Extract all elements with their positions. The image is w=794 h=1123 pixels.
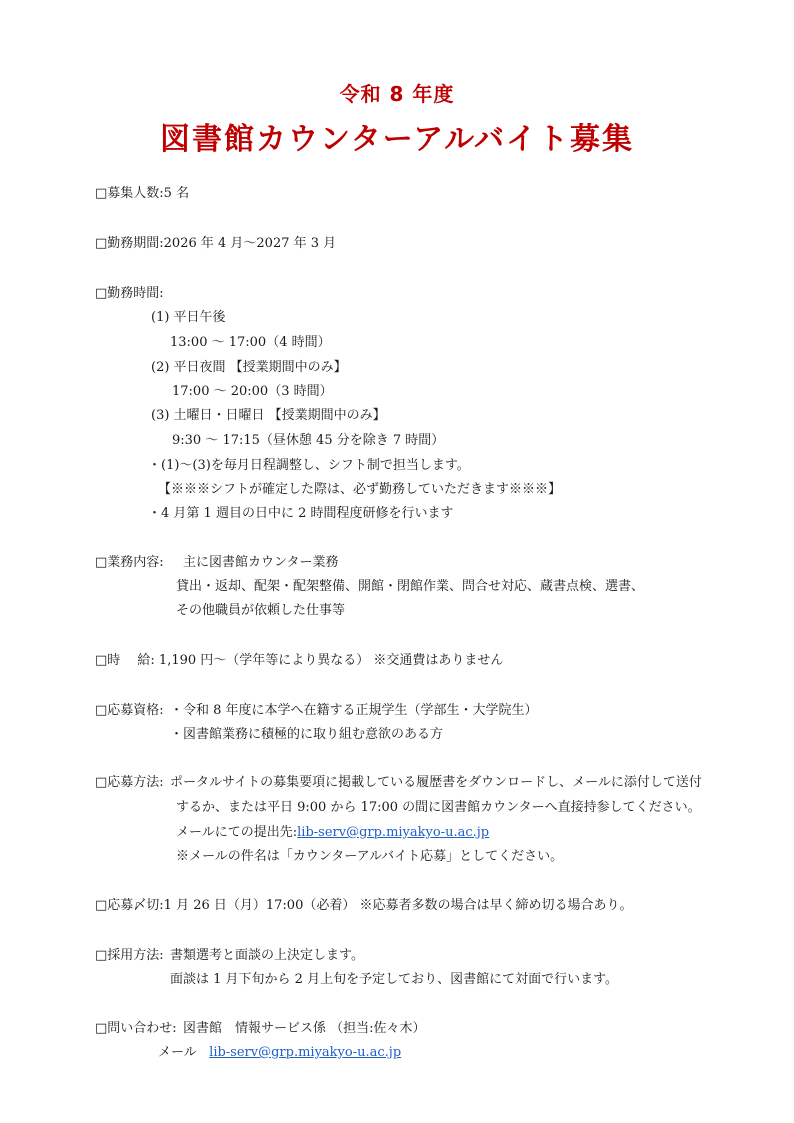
apply-method-line-3: メールにての提出先:lib-serv@grp.miyakyo-u.ac.jp [176,825,489,841]
apply-method-line-1: ポータルサイトの募集要項に掲載している履歴書をダウンロードし、メールに添付して送… [170,775,702,791]
selection-label: □採用方法: [95,948,164,964]
title-year: 令和 8 年度 [0,78,794,107]
duties-line-3: その他職員が依頼した仕事等 [176,603,345,619]
eligibility-label: □応募資格: [95,703,164,719]
submission-label: メールにての提出先: [176,825,297,840]
duties-line-1: 主に図書館カウンター業務 [183,555,338,571]
hours-note-mandatory: 【※※※シフトが確定した際は、必ず勤務していただきます※※※】 [158,482,561,498]
recruit-count: □募集人数:5 名 [95,186,189,202]
hours-note-training: ・4 月第 1 週目の日中に 2 時間程度研修を行います [148,506,453,522]
eligibility-line-1: ・令和 8 年度に本学へ在籍する正規学生（学部生・大学院生） [170,703,538,719]
contact-mail-label: メール [158,1045,197,1060]
eligibility-line-2: ・図書館業務に積極的に取り組む意欲のある方 [170,727,443,743]
contact-mail-line: メール lib-serv@grp.miyakyo-u.ac.jp [158,1045,401,1061]
contact-line-1: 図書館 情報サービス係 （担当:佐々木） [183,1021,426,1037]
contact-email-link[interactable]: lib-serv@grp.miyakyo-u.ac.jp [209,1045,401,1060]
apply-method-line-2: するか、または平日 9:00 から 17:00 の間に図書館カウンターへ直接持参… [176,800,701,816]
shift-2-time: 17:00 ～ 20:00（3 時間） [172,384,333,400]
shift-1-time: 13:00 ～ 17:00（4 時間） [170,335,331,351]
page-title: 図書館カウンターアルバイト募集 [0,114,794,158]
shift-2-name: (2) 平日夜間 【授業期間中のみ】 [151,360,347,376]
selection-line-1: 書類選考と面談の上決定します。 [170,948,364,964]
work-hours-label: □勤務時間: [95,286,164,302]
hours-note-schedule: ・(1)～(3)を毎月日程調整し、シフト制で担当します。 [148,458,470,474]
duties-line-2: 貸出・返却、配架・配架整備、開館・閉館作業、問合せ対応、蔵書点検、選書、 [176,579,644,595]
shift-1-name: (1) 平日午後 [151,310,226,326]
apply-method-label: □応募方法: [95,775,164,791]
submission-email-link[interactable]: lib-serv@grp.miyakyo-u.ac.jp [297,825,489,840]
shift-3-time: 9:30 ～ 17:15（昼休憩 45 分を除き 7 時間） [172,433,444,449]
hourly-wage: □時 給: 1,190 円～（学年等により異なる） ※交通費はありません [95,653,503,669]
shift-3-name: (3) 土曜日・日曜日 【授業期間中のみ】 [151,408,386,424]
selection-line-2: 面談は 1 月下旬から 2 月上旬を予定しており、図書館にて対面で行います。 [170,972,618,988]
work-period: □勤務期間:2026 年 4 月～2027 年 3 月 [95,236,336,252]
apply-method-line-4: ※メールの件名は「カウンターアルバイト応募」としてください。 [176,849,563,865]
deadline: □応募〆切:1 月 26 日（月）17:00（必着） ※応募者多数の場合は早く締… [95,898,632,914]
contact-label: □問い合わせ: [95,1021,177,1037]
duties-label: □業務内容: [95,555,164,571]
